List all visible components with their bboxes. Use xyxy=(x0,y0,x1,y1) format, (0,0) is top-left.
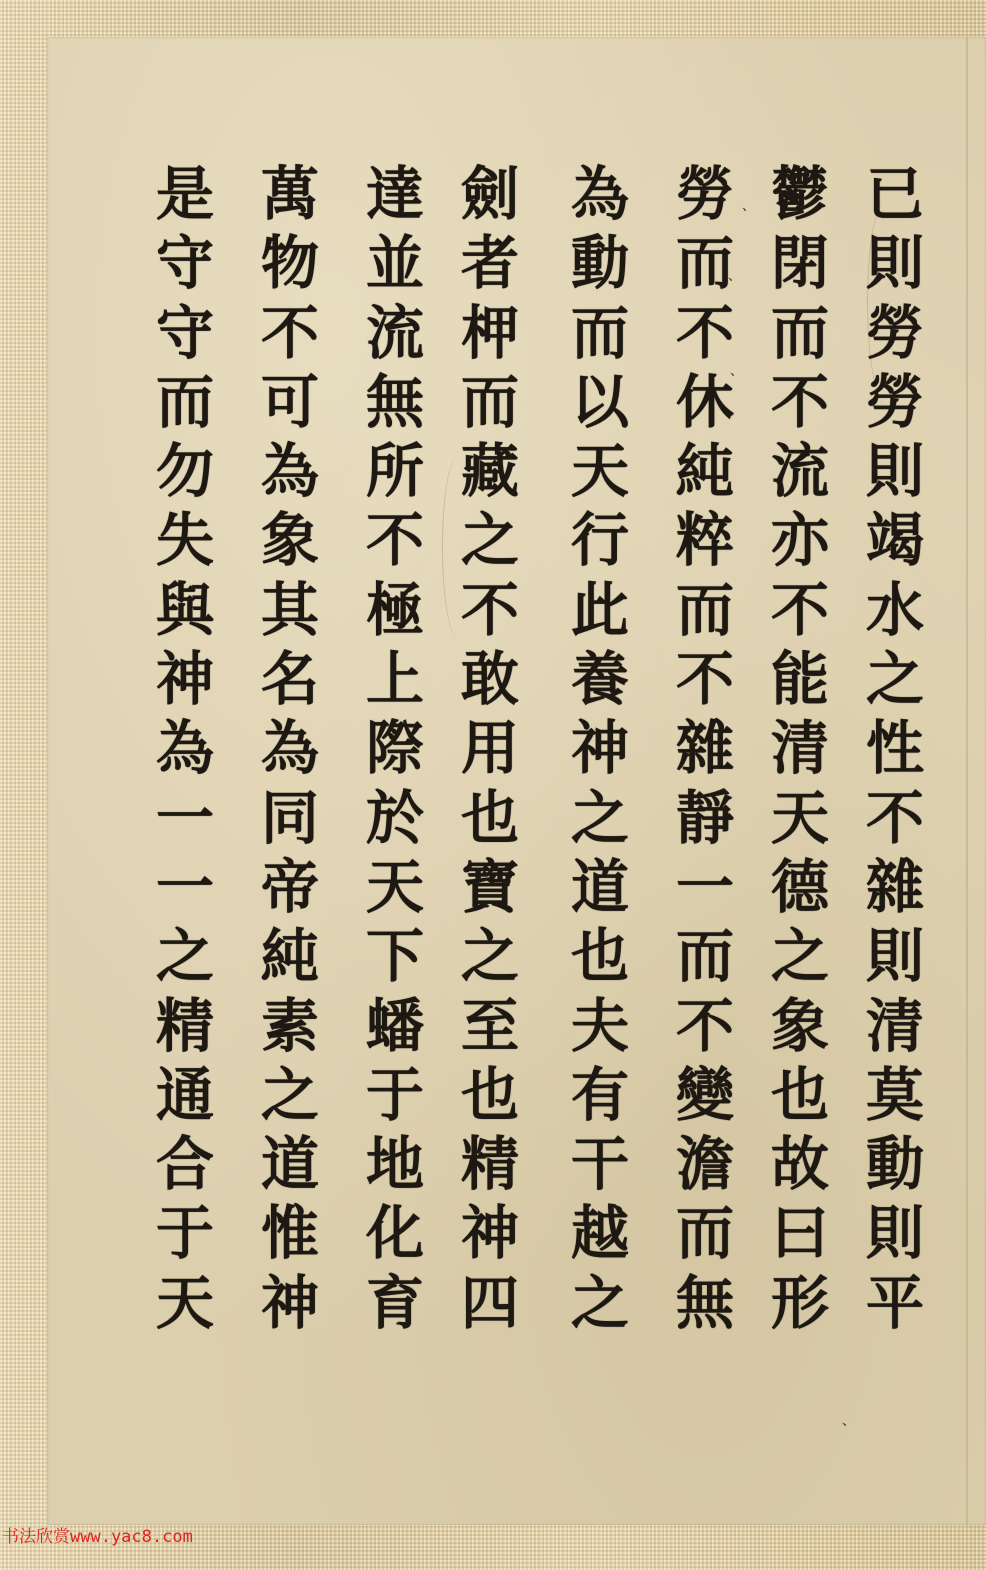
calligraphy-character: 澹 xyxy=(665,1130,745,1199)
calligraphy-character: 已 xyxy=(855,160,935,229)
calligraphy-character: 干 xyxy=(560,1130,640,1199)
calligraphy-character: 物 xyxy=(250,229,330,298)
calligraphy-character: 變 xyxy=(665,1061,745,1130)
calligraphy-character: 同 xyxy=(250,784,330,853)
calligraphy-character: 之 xyxy=(250,1061,330,1130)
calligraphy-character: 惟 xyxy=(250,1199,330,1268)
calligraphy-character: 清 xyxy=(760,714,840,783)
calligraphy-character: 地 xyxy=(355,1130,435,1199)
calligraphy-character: 有 xyxy=(560,1061,640,1130)
calligraphy-character: 為 xyxy=(145,714,225,783)
text-column: 已則勞勞則竭水之性不雜則清莫動則平 xyxy=(850,160,940,1338)
calligraphy-character: 也 xyxy=(450,1061,530,1130)
calligraphy-character: 勞 xyxy=(855,299,935,368)
calligraphy-character: 所 xyxy=(355,437,435,506)
text-column: 為動而以天行此養神之道也夫有干越之 xyxy=(555,160,645,1338)
calligraphy-character: 守 xyxy=(145,299,225,368)
calligraphy-character: 天 xyxy=(145,1269,225,1338)
calligraphy-character: 神 xyxy=(450,1199,530,1268)
calligraphy-character: 象 xyxy=(250,506,330,575)
calligraphy-character: 不 xyxy=(760,368,840,437)
calligraphy-character: 四 xyxy=(450,1269,530,1338)
calligraphy-character: 是 xyxy=(145,160,225,229)
calligraphy-character: 名 xyxy=(250,645,330,714)
calligraphy-character: 萬 xyxy=(250,160,330,229)
calligraphy-character: 合 xyxy=(145,1130,225,1199)
calligraphy-character: 動 xyxy=(855,1130,935,1199)
calligraphy-character: 性 xyxy=(855,714,935,783)
calligraphy-character: 夫 xyxy=(560,992,640,1061)
calligraphy-character: 象 xyxy=(760,992,840,1061)
calligraphy-character: 勿 xyxy=(145,437,225,506)
calligraphy-character: 於 xyxy=(355,784,435,853)
text-column: 劍者柙而藏之不敢用也寶之至也精神四 xyxy=(445,160,535,1338)
calligraphy-character: 而 xyxy=(145,368,225,437)
annotation-mark: 、 xyxy=(742,195,755,214)
calligraphy-character: 上 xyxy=(355,645,435,714)
calligraphy-character: 靜 xyxy=(665,784,745,853)
calligraphy-character: 帝 xyxy=(250,853,330,922)
calligraphy-character: 通 xyxy=(145,1061,225,1130)
calligraphy-character: 雜 xyxy=(855,853,935,922)
calligraphy-character: 養 xyxy=(560,645,640,714)
calligraphy-character: 際 xyxy=(355,714,435,783)
calligraphy-character: 寶 xyxy=(450,853,530,922)
calligraphy-character: 亦 xyxy=(760,506,840,575)
calligraphy-character: 可 xyxy=(250,368,330,437)
calligraphy-character: 行 xyxy=(560,506,640,575)
calligraphy-character: 閉 xyxy=(760,229,840,298)
calligraphy-character: 莫 xyxy=(855,1061,935,1130)
calligraphy-character: 則 xyxy=(855,922,935,991)
calligraphy-character: 雜 xyxy=(665,714,745,783)
calligraphy-character: 極 xyxy=(355,576,435,645)
calligraphy-character: 之 xyxy=(450,506,530,575)
calligraphy-character: 並 xyxy=(355,229,435,298)
calligraphy-character: 無 xyxy=(355,368,435,437)
calligraphy-character: 至 xyxy=(450,992,530,1061)
calligraphy-character: 天 xyxy=(560,437,640,506)
calligraphy-character: 此 xyxy=(560,576,640,645)
calligraphy-character: 育 xyxy=(355,1269,435,1338)
calligraphy-character: 者 xyxy=(450,229,530,298)
calligraphy-character: 清 xyxy=(855,992,935,1061)
calligraphy-character: 為 xyxy=(560,160,640,229)
calligraphy-character: 道 xyxy=(560,853,640,922)
calligraphy-character: 用 xyxy=(450,714,530,783)
calligraphy-character: 失 xyxy=(145,506,225,575)
calligraphy-character: 水 xyxy=(855,576,935,645)
calligraphy-character: 與 xyxy=(145,576,225,645)
calligraphy-character: 而 xyxy=(665,922,745,991)
calligraphy-character: 達 xyxy=(355,160,435,229)
calligraphy-character: 守 xyxy=(145,229,225,298)
calligraphy-character: 為 xyxy=(250,714,330,783)
calligraphy-character: 也 xyxy=(760,1061,840,1130)
calligraphy-character: 無 xyxy=(665,1269,745,1338)
calligraphy-character: 其 xyxy=(250,576,330,645)
calligraphy-character: 勞 xyxy=(855,368,935,437)
calligraphy-character: 神 xyxy=(145,645,225,714)
calligraphy-character: 不 xyxy=(250,299,330,368)
calligraphy-character: 天 xyxy=(760,784,840,853)
calligraphy-character: 為 xyxy=(250,437,330,506)
calligraphy-character: 不 xyxy=(355,506,435,575)
calligraphy-character: 純 xyxy=(665,437,745,506)
calligraphy-character: 純 xyxy=(250,922,330,991)
calligraphy-character: 道 xyxy=(250,1130,330,1199)
calligraphy-character: 平 xyxy=(855,1269,935,1338)
calligraphy-character: 一 xyxy=(665,853,745,922)
calligraphy-character: 不 xyxy=(855,784,935,853)
calligraphy-character: 一 xyxy=(145,853,225,922)
calligraphy-character: 神 xyxy=(560,714,640,783)
calligraphy-character: 形 xyxy=(760,1269,840,1338)
calligraphy-character: 精 xyxy=(145,992,225,1061)
text-column: 達並流無所不極上際於天下蟠于地化育 xyxy=(350,160,440,1338)
calligraphy-character: 粹 xyxy=(665,506,745,575)
calligraphy-character: 于 xyxy=(145,1199,225,1268)
calligraphy-character: 素 xyxy=(250,992,330,1061)
calligraphy-character: 而 xyxy=(665,576,745,645)
calligraphy-character: 于 xyxy=(355,1061,435,1130)
calligraphy-character: 鬱 xyxy=(760,160,840,229)
calligraphy-character: 之 xyxy=(760,922,840,991)
watermark: 书法欣赏www.yac8.com xyxy=(2,1522,193,1547)
calligraphy-character: 故 xyxy=(760,1130,840,1199)
calligraphy-character: 之 xyxy=(855,645,935,714)
calligraphy-character: 神 xyxy=(250,1269,330,1338)
calligraphy-character: 而 xyxy=(665,1199,745,1268)
annotation-mark: 、 xyxy=(728,265,741,284)
annotation-mark: 、 xyxy=(842,1410,855,1429)
calligraphy-character: 不 xyxy=(665,645,745,714)
calligraphy-character: 則 xyxy=(855,229,935,298)
calligraphy-character: 不 xyxy=(760,576,840,645)
calligraphy-character: 不 xyxy=(665,992,745,1061)
calligraphy-character: 德 xyxy=(760,853,840,922)
calligraphy-character: 化 xyxy=(355,1199,435,1268)
calligraphy-character: 精 xyxy=(450,1130,530,1199)
calligraphy-character: 而 xyxy=(560,299,640,368)
calligraphy-character: 越 xyxy=(560,1199,640,1268)
calligraphy-character: 敢 xyxy=(450,645,530,714)
calligraphy-character: 流 xyxy=(760,437,840,506)
text-column: 勞而不休純粹而不雜靜一而不變澹而無 xyxy=(660,160,750,1338)
calligraphy-character: 能 xyxy=(760,645,840,714)
paper-seam xyxy=(966,37,968,1525)
calligraphy-character: 則 xyxy=(855,437,935,506)
calligraphy-character: 下 xyxy=(355,922,435,991)
calligraphy-character: 竭 xyxy=(855,506,935,575)
text-column: 是守守而勿失與神為一一之精通合于天 xyxy=(140,160,230,1338)
calligraphy-character: 而 xyxy=(760,299,840,368)
calligraphy-character: 曰 xyxy=(760,1199,840,1268)
calligraphy-character: 之 xyxy=(450,922,530,991)
calligraphy-character: 蟠 xyxy=(355,992,435,1061)
calligraphy-character: 不 xyxy=(450,576,530,645)
calligraphy-character: 之 xyxy=(560,784,640,853)
calligraphy-character: 而 xyxy=(665,229,745,298)
calligraphy-character: 之 xyxy=(145,922,225,991)
calligraphy-character: 柙 xyxy=(450,299,530,368)
calligraphy-character: 藏 xyxy=(450,437,530,506)
calligraphy-character: 動 xyxy=(560,229,640,298)
calligraphy-character: 則 xyxy=(855,1199,935,1268)
calligraphy-character: 勞 xyxy=(665,160,745,229)
calligraphy-character: 也 xyxy=(560,922,640,991)
calligraphy-character: 之 xyxy=(560,1269,640,1338)
calligraphy-character: 流 xyxy=(355,299,435,368)
calligraphy-character: 天 xyxy=(355,853,435,922)
text-column: 萬物不可為象其名為同帝純素之道惟神 xyxy=(245,160,335,1338)
calligraphy-character: 一 xyxy=(145,784,225,853)
calligraphy-character: 也 xyxy=(450,784,530,853)
calligraphy-character: 而 xyxy=(450,368,530,437)
text-column: 鬱閉而不流亦不能清天德之象也故曰形 xyxy=(755,160,845,1338)
annotation-mark: 、 xyxy=(730,360,743,379)
calligraphy-character: 以 xyxy=(560,368,640,437)
annotation-mark: 、 xyxy=(722,318,735,337)
calligraphy-character: 劍 xyxy=(450,160,530,229)
